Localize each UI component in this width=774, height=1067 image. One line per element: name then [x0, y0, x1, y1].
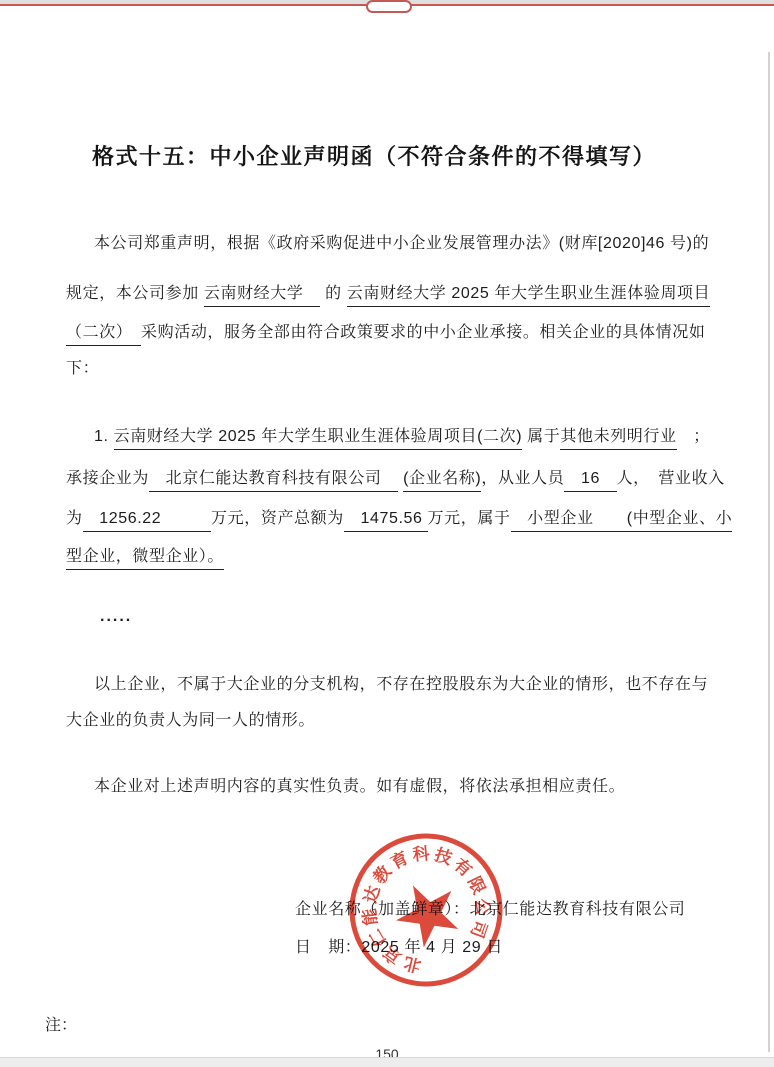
- bottom-scan-strip: [0, 1057, 774, 1067]
- text-segment: 型企业，微型企业）。: [66, 546, 224, 570]
- text-segment: 承接企业为: [66, 468, 149, 490]
- ellipsis-line: .....: [100, 606, 132, 628]
- doc-line-11: 大企业的负责人为同一人的情形。: [66, 710, 315, 732]
- text-segment: 大企业的负责人为同一人的情形。: [66, 710, 315, 732]
- text-segment: 小型企业 (中型企业、小: [511, 508, 733, 532]
- text-segment: .....: [100, 606, 132, 628]
- text-segment: (企业名称): [403, 468, 481, 492]
- text-segment: 云南财经大学 2025 年大学生职业生涯体验周项目: [347, 283, 711, 307]
- text-segment: 本公司郑重声明，根据《政府采购促进中小企业发展管理办法》(财库[2020]46 …: [94, 233, 709, 255]
- doc-line-6: 承接企业为 北京仁能达教育科技有限公司 (企业名称)，从业人员 16 人， 营业…: [66, 468, 725, 492]
- text-segment: 的: [320, 283, 347, 305]
- seal-arc-character: 能: [359, 907, 381, 926]
- text-segment: ，从业人员: [481, 468, 564, 490]
- seal-arc-character: 限: [464, 874, 489, 898]
- document-title: 格式十五：中小企业声明函（不符合条件的不得填写）: [92, 140, 656, 171]
- seal-arc-character: 有: [450, 854, 476, 880]
- text-segment: 1475.56: [344, 508, 428, 532]
- text-segment: 16: [564, 468, 616, 492]
- seal-arc-character: 育: [387, 847, 411, 873]
- text-segment: （二次）: [66, 322, 141, 346]
- doc-line-7: 为 1256.22 万元，资产总额为 1475.56 万元，属于 小型企业 (中…: [66, 508, 732, 532]
- doc-line-12: 本企业对上述声明内容的真实性负责。如有虚假，将依法承担相应责任。: [94, 776, 625, 798]
- text-segment: 以上企业，不属于大企业的分支机构，不存在控股股东为大企业的情形，也不存在与: [94, 674, 708, 696]
- doc-line-4: 下：: [66, 358, 99, 380]
- text-segment: 云南财经大学 2025 年大学生职业生涯体验周项目(二次): [114, 426, 523, 450]
- doc-line-8: 型企业，微型企业）。: [66, 546, 224, 570]
- text-segment: ；: [677, 426, 710, 448]
- text-segment: 其他未列明行业: [560, 426, 676, 450]
- text-segment: 万元，资产总额为: [211, 508, 344, 530]
- note-label: 注：: [45, 1012, 77, 1035]
- seam-pill-marker: [366, 0, 412, 13]
- seal-arc-character: 仁: [364, 926, 390, 951]
- page-right-edge-line: [768, 52, 770, 1052]
- scanned-declaration-page: 格式十五：中小企业声明函（不符合条件的不得填写） 本公司郑重声明，根据《政府采购…: [0, 0, 774, 1067]
- text-segment: 万元，属于: [428, 508, 511, 530]
- text-segment: 本企业对上述声明内容的真实性负责。如有虚假，将依法承担相应责任。: [94, 776, 625, 798]
- seal-arc-character: 公: [472, 898, 492, 916]
- company-seal-stamp: 北京仁能达教育科技有限公司★: [340, 824, 512, 996]
- doc-line-10: 以上企业，不属于大企业的分支机构，不存在控股股东为大企业的情形，也不存在与: [94, 674, 708, 696]
- seal-arc-character: 京: [379, 942, 405, 968]
- text-segment: 为: [66, 508, 83, 530]
- text-segment: 1.: [94, 426, 114, 448]
- text-segment: 人， 营业收入: [617, 468, 725, 490]
- text-segment: 云南财经大学: [204, 283, 320, 307]
- text-segment: 采购活动，服务全部由符合政策要求的中小企业承接。相关企业的具体情况如: [141, 322, 705, 344]
- text-segment: 下：: [66, 358, 99, 380]
- doc-line-5: 1. 云南财经大学 2025 年大学生职业生涯体验周项目(二次) 属于其他未列明…: [94, 426, 710, 450]
- text-segment: 属于: [522, 426, 560, 448]
- text-segment: 1256.22: [83, 508, 211, 532]
- text-segment: 规定，本公司参加: [66, 283, 204, 305]
- doc-line-2: 规定，本公司参加 云南财经大学 的 云南财经大学 2025 年大学生职业生涯体验…: [66, 283, 710, 307]
- doc-line-3: （二次） 采购活动，服务全部由符合政策要求的中小企业承接。相关企业的具体情况如: [66, 322, 705, 346]
- text-segment: 北京仁能达教育科技有限公司: [149, 468, 398, 492]
- doc-line-1: 本公司郑重声明，根据《政府采购促进中小企业发展管理办法》(财库[2020]46 …: [94, 233, 709, 255]
